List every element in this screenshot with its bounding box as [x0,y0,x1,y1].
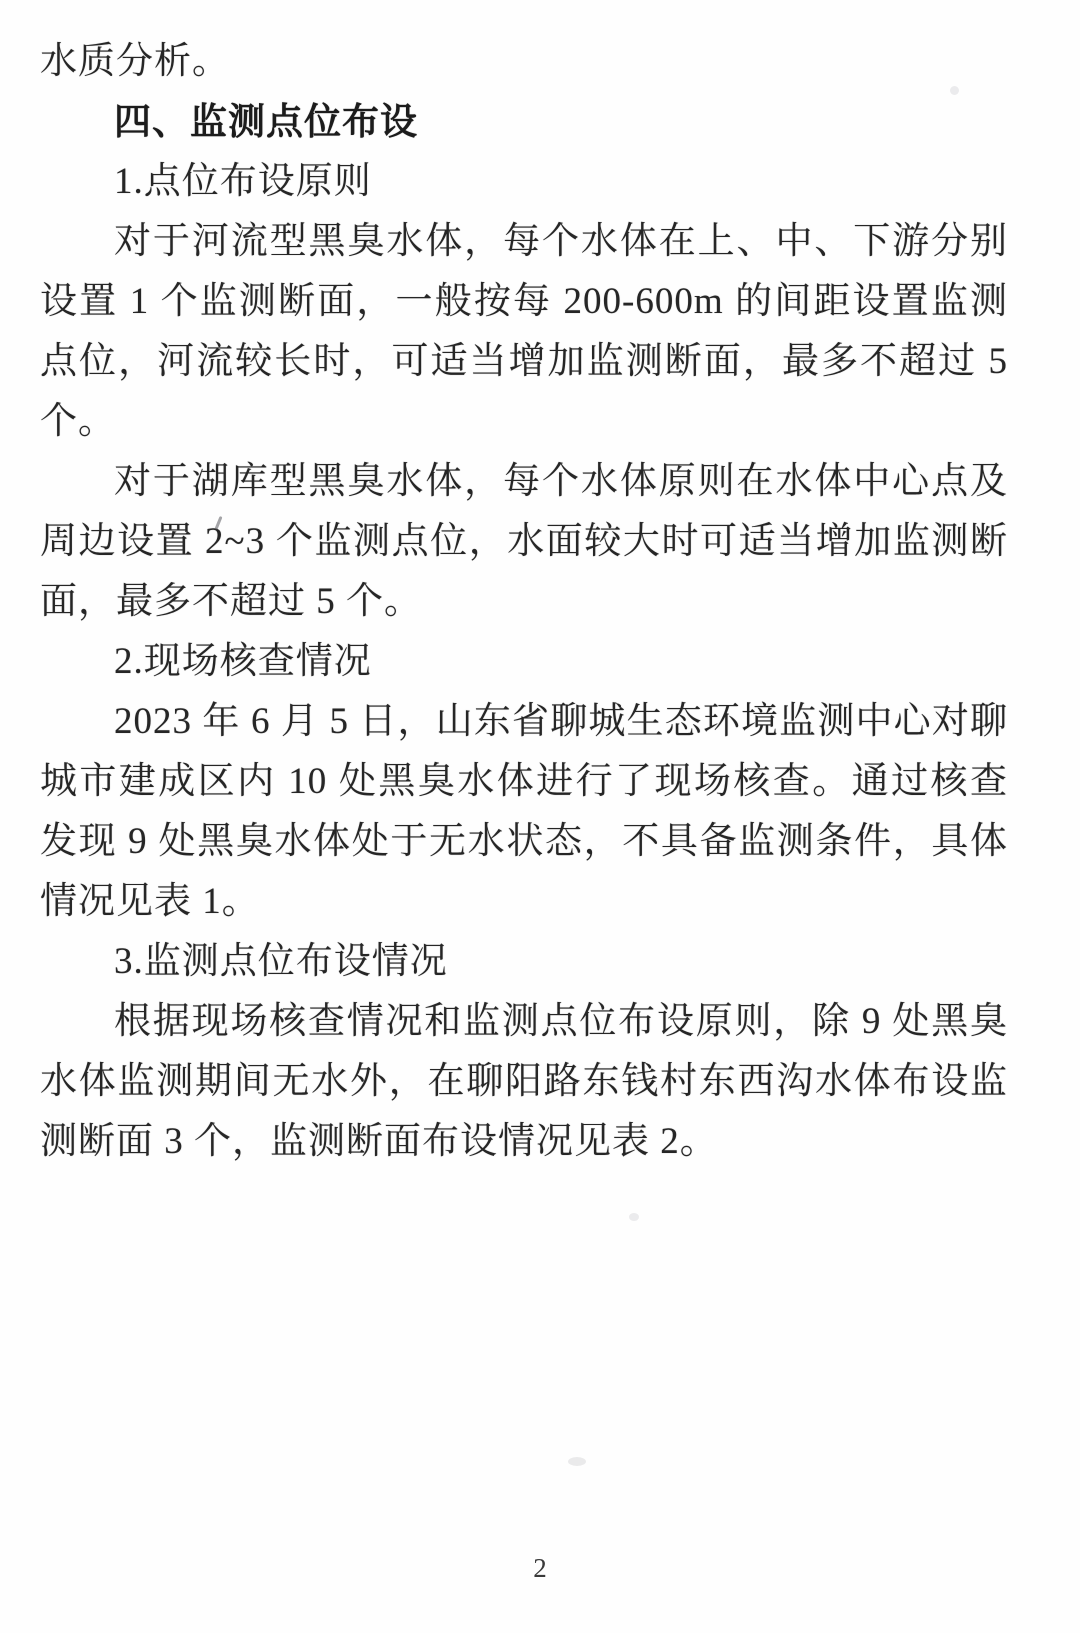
continuation-paragraph: 水质分析。 [40,32,1008,92]
subsection-1-title: 1.点位布设原则 [40,152,1008,212]
paragraph-river-type-rule: 对于河流型黑臭水体，每个水体在上、中、下游分别设置 1 个监测断面，一般按每 2… [40,212,1008,452]
subsection-2-title: 2.现场核查情况 [40,632,1008,692]
paragraph-lake-type-rule: 对于湖库型黑臭水体，每个水体原则在水体中心点及周边设置 2~3 个监测点位，水面… [40,452,1008,632]
subsection-3-title: 3.监测点位布设情况 [40,932,1008,992]
paragraph-site-verification: 2023 年 6 月 5 日，山东省聊城生态环境监测中心对聊城市建成区内 10 … [40,692,1008,932]
section-heading: 四、监测点位布设 [40,92,1008,152]
scan-artifact [568,1457,586,1466]
document-page: 水质分析。 四、监测点位布设 1.点位布设原则 对于河流型黑臭水体，每个水体在上… [0,0,1080,1633]
paragraph-monitoring-layout: 根据现场核查情况和监测点位布设原则，除 9 处黑臭水体监测期间无水外，在聊阳路东… [40,992,1008,1172]
document-body: 水质分析。 四、监测点位布设 1.点位布设原则 对于河流型黑臭水体，每个水体在上… [40,32,1008,1172]
scan-artifact [629,1213,639,1221]
page-number: 2 [0,1548,1080,1588]
